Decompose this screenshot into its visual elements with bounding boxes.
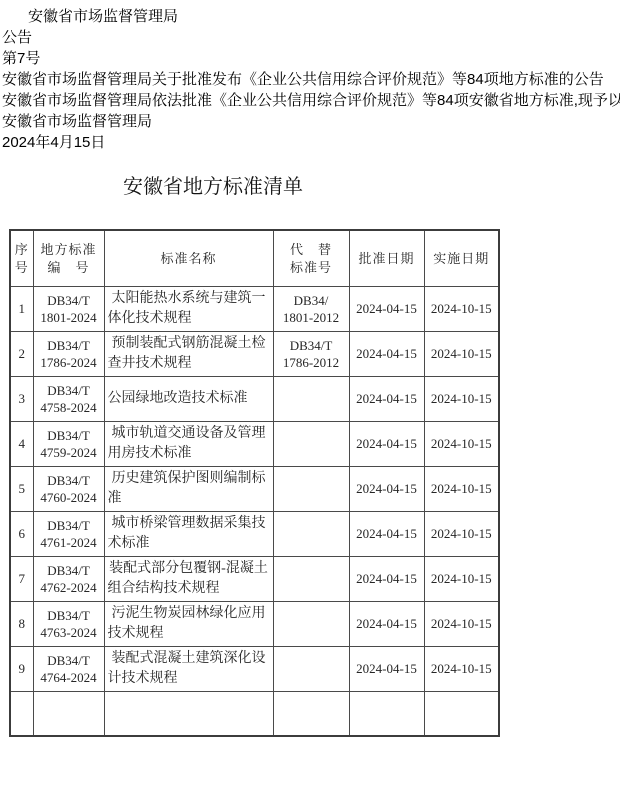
- standard-code: DB34/T 4762-2024: [33, 557, 104, 602]
- col-header-approval-date: 批准日期: [349, 230, 424, 287]
- row-serial-number: 6: [10, 512, 33, 557]
- approval-date: [349, 692, 424, 736]
- page-title: 安徽省地方标准清单: [123, 170, 620, 199]
- approval-date: 2024-04-15: [349, 647, 424, 692]
- approval-date: 2024-04-15: [349, 602, 424, 647]
- approval-date: 2024-04-15: [349, 422, 424, 467]
- table-header: 序 号 地方标准 编 号 标准名称 代 替 标准号 批准日期 实施日期: [10, 230, 499, 287]
- col-header-serial-number: 序 号: [10, 230, 33, 287]
- replaced-standard-code: [273, 602, 349, 647]
- standard-name: 历史建筑保护图则编制标准: [104, 467, 273, 512]
- standard-code: DB34/T 4761-2024: [33, 512, 104, 557]
- implementation-date: 2024-10-15: [424, 467, 499, 512]
- implementation-date: 2024-10-15: [424, 557, 499, 602]
- replaced-standard-code: DB34/T 1786-2012: [273, 332, 349, 377]
- replaced-standard-code: [273, 377, 349, 422]
- standard-name: 城市桥梁管理数据采集技术标准: [104, 512, 273, 557]
- document-header: 安徽省市场监督管理局 公告 第7号 安徽省市场监督管理局关于批准发布《企业公共信…: [0, 0, 620, 153]
- standard-name: 污泥生物炭园林绿化应用技术规程: [104, 602, 273, 647]
- col-header-standard-code: 地方标准 编 号: [33, 230, 104, 287]
- row-serial-number: 5: [10, 467, 33, 512]
- table-row: 7 DB34/T 4762-2024 装配式部分包覆钢-混凝土组合结构技术规程 …: [10, 557, 499, 602]
- standard-code: DB34/T 4759-2024: [33, 422, 104, 467]
- standard-name: 公园绿地改造技术标准: [104, 377, 273, 422]
- replaced-standard-code: [273, 422, 349, 467]
- table-row: 5 DB34/T 4760-2024 历史建筑保护图则编制标准 2024-04-…: [10, 467, 499, 512]
- col-header-implementation-date: 实施日期: [424, 230, 499, 287]
- implementation-date: 2024-10-15: [424, 422, 499, 467]
- table-row-empty: [10, 692, 499, 736]
- announcement-title: 安徽省市场监督管理局关于批准发布《企业公共信用综合评价规范》等84项地方标准的公…: [2, 69, 612, 90]
- replaced-standard-code: [273, 647, 349, 692]
- standard-name: 装配式混凝土建筑深化设计技术规程: [104, 647, 273, 692]
- table-row: 3 DB34/T 4758-2024 公园绿地改造技术标准 2024-04-15…: [10, 377, 499, 422]
- replaced-standard-code: [273, 512, 349, 557]
- row-serial-number: 2: [10, 332, 33, 377]
- row-serial-number: 7: [10, 557, 33, 602]
- implementation-date: 2024-10-15: [424, 377, 499, 422]
- announcement-number: 第7号: [2, 48, 612, 69]
- table-row: 2 DB34/T 1786-2024 预制装配式钢筋混凝土检查井技术规程 DB3…: [10, 332, 499, 377]
- standard-name: 太阳能热水系统与建筑一体化技术规程: [104, 287, 273, 332]
- approval-date: 2024-04-15: [349, 557, 424, 602]
- table-row: 1 DB34/T 1801-2024 太阳能热水系统与建筑一体化技术规程 DB3…: [10, 287, 499, 332]
- table-row: 8 DB34/T 4763-2024 污泥生物炭园林绿化应用技术规程 2024-…: [10, 602, 499, 647]
- table-row: 6 DB34/T 4761-2024 城市桥梁管理数据采集技术标准 2024-0…: [10, 512, 499, 557]
- standard-code: DB34/T 4760-2024: [33, 467, 104, 512]
- standard-code: DB34/T 1801-2024: [33, 287, 104, 332]
- implementation-date: [424, 692, 499, 736]
- row-serial-number: 9: [10, 647, 33, 692]
- approval-date: 2024-04-15: [349, 377, 424, 422]
- row-serial-number: 3: [10, 377, 33, 422]
- standard-code: [33, 692, 104, 736]
- approval-date: 2024-04-15: [349, 512, 424, 557]
- header-row: 序 号 地方标准 编 号 标准名称 代 替 标准号 批准日期 实施日期: [10, 230, 499, 287]
- implementation-date: 2024-10-15: [424, 602, 499, 647]
- announcement-body: 安徽省市场监督管理局依法批准《企业公共信用综合评价规范》等84项安徽省地方标准,…: [2, 90, 612, 111]
- row-serial-number: [10, 692, 33, 736]
- table-body: 1 DB34/T 1801-2024 太阳能热水系统与建筑一体化技术规程 DB3…: [10, 287, 499, 736]
- standard-name: [104, 692, 273, 736]
- signature: 安徽省市场监督管理局: [2, 111, 612, 132]
- standard-name: 装配式部分包覆钢-混凝土组合结构技术规程: [104, 557, 273, 602]
- standard-name: 城市轨道交通设备及管理用房技术标准: [104, 422, 273, 467]
- table-row: 4 DB34/T 4759-2024 城市轨道交通设备及管理用房技术标准 202…: [10, 422, 499, 467]
- replaced-standard-code: [273, 692, 349, 736]
- agency-name: 安徽省市场监督管理局: [2, 6, 612, 27]
- implementation-date: 2024-10-15: [424, 647, 499, 692]
- approval-date: 2024-04-15: [349, 287, 424, 332]
- replaced-standard-code: [273, 557, 349, 602]
- standard-code: DB34/T 1786-2024: [33, 332, 104, 377]
- standards-table: 序 号 地方标准 编 号 标准名称 代 替 标准号 批准日期 实施日期 1 DB…: [9, 229, 500, 737]
- table-row: 9 DB34/T 4764-2024 装配式混凝土建筑深化设计技术规程 2024…: [10, 647, 499, 692]
- standard-code: DB34/T 4763-2024: [33, 602, 104, 647]
- row-serial-number: 1: [10, 287, 33, 332]
- standard-name: 预制装配式钢筋混凝土检查井技术规程: [104, 332, 273, 377]
- announcement-label: 公告: [2, 27, 612, 48]
- replaced-standard-code: [273, 467, 349, 512]
- col-header-standard-name: 标准名称: [104, 230, 273, 287]
- row-serial-number: 8: [10, 602, 33, 647]
- approval-date: 2024-04-15: [349, 467, 424, 512]
- approval-date: 2024-04-15: [349, 332, 424, 377]
- announcement-date: 2024年4月15日: [2, 132, 612, 153]
- standard-code: DB34/T 4764-2024: [33, 647, 104, 692]
- replaced-standard-code: DB34/ 1801-2012: [273, 287, 349, 332]
- row-serial-number: 4: [10, 422, 33, 467]
- col-header-replaced-code: 代 替 标准号: [273, 230, 349, 287]
- implementation-date: 2024-10-15: [424, 287, 499, 332]
- implementation-date: 2024-10-15: [424, 512, 499, 557]
- standard-code: DB34/T 4758-2024: [33, 377, 104, 422]
- implementation-date: 2024-10-15: [424, 332, 499, 377]
